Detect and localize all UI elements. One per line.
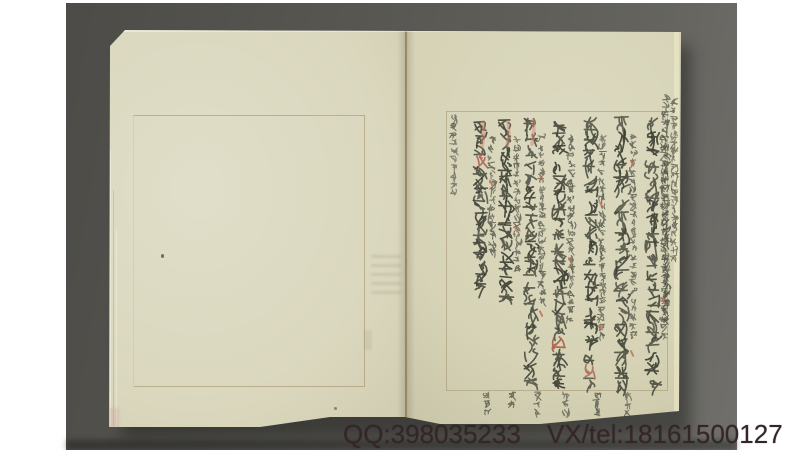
text-column-2 [614,116,630,395]
open-book [109,30,683,427]
text-column-4 [552,122,568,388]
calligraphy-ink-overlay [109,30,683,427]
edge-gloss-column [450,115,459,195]
overflow-gloss-5 [534,392,541,417]
overflow-gloss-6 [508,392,515,408]
gloss-column-5 [538,134,546,306]
gloss-column-4 [567,135,576,323]
text-column-7 [473,122,488,298]
overflow-gloss-7 [483,392,491,414]
overflow-gloss-3 [593,393,601,416]
manuscript-photo: QQ:398035233 VX/tel:18161500127 [0,0,800,450]
watermark-qq-number: QQ:398035233 [343,419,521,450]
text-column-1 [645,118,662,395]
margin-column-2 [670,99,679,262]
gloss-column-7 [487,137,496,258]
text-column-3 [583,118,598,393]
gloss-column-3 [597,135,606,340]
gloss-column-6 [513,136,522,271]
watermark-vx-tel: VX/tel:18161500127 [547,419,783,450]
overflow-gloss-4 [562,392,569,417]
watermark: QQ:398035233 VX/tel:18161500127 [0,419,800,447]
overflow-gloss-2 [625,393,632,417]
text-column-5 [523,119,539,390]
